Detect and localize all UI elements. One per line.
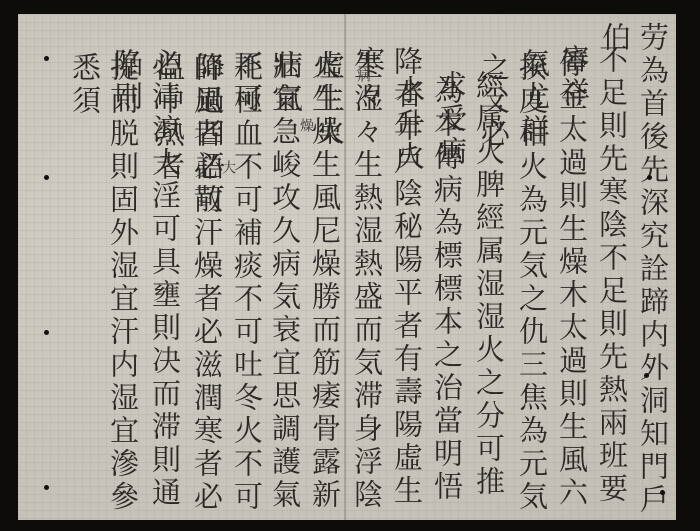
interlinear-note: 燥 [296, 118, 316, 132]
interlinear-note: 大 [218, 160, 238, 174]
binding-hole [44, 330, 49, 335]
binding-hole [644, 373, 649, 378]
binding-hole [660, 490, 665, 495]
binding-hole [44, 56, 49, 61]
binding-hole [44, 175, 49, 180]
interlinear-note: 病 [353, 68, 373, 82]
text-column: 提而脱則固外湿宜汗内湿宜滲參悉須 [66, 52, 142, 531]
binding-hole [647, 175, 652, 180]
binding-hole [44, 485, 49, 490]
